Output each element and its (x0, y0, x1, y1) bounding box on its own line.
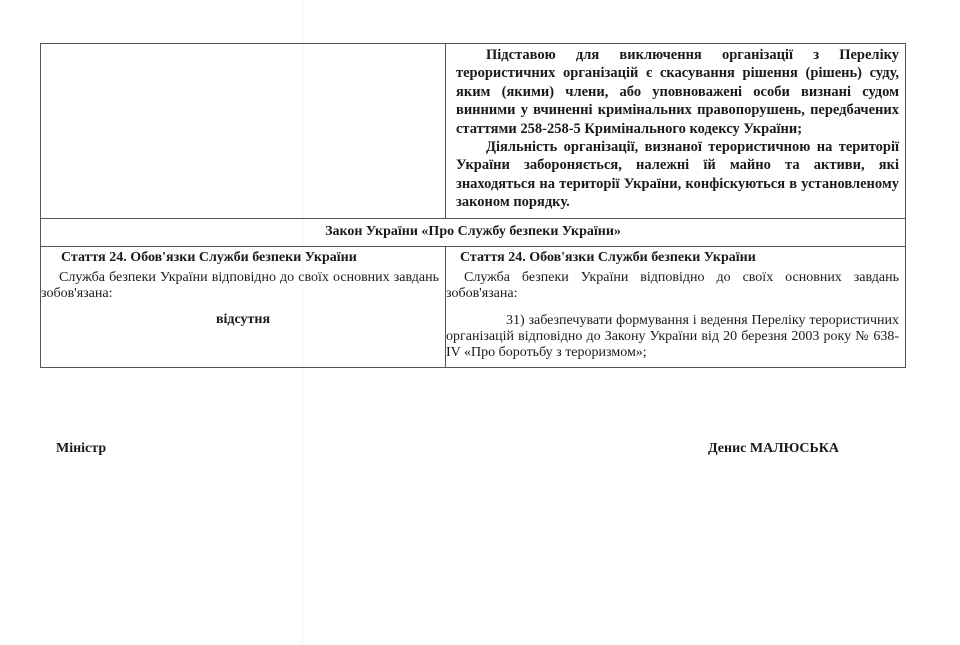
row2-left-cell: Стаття 24. Обов'язки Служби безпеки Укра… (41, 247, 446, 367)
row1-left-cell (41, 44, 446, 218)
article-intro-wrap: Служба безпеки України відповідно до сво… (41, 268, 445, 303)
row2-right-cell: Стаття 24. Обов'язки Служби безпеки Укра… (446, 247, 905, 367)
table-row: Стаття 24. Обов'язки Служби безпеки Укра… (41, 246, 905, 367)
paragraph-exclusion-basis: Підставою для виключення організації з П… (456, 46, 899, 138)
signature-name: Денис МАЛЮСЬКА (708, 441, 839, 457)
article-intro: Служба безпеки України відповідно до сво… (446, 270, 899, 303)
section-header-row: Закон України «Про Службу безпеки Україн… (41, 218, 905, 246)
section-header: Закон України «Про Службу безпеки Україн… (41, 219, 905, 246)
table-row: Підставою для виключення організації з П… (41, 44, 905, 218)
article-intro-wrap: Служба безпеки України відповідно до сво… (446, 268, 905, 303)
absent-label: відсутня (41, 303, 445, 356)
paragraph-activity-prohibition: Діяльність організації, визнаної терорис… (456, 138, 899, 212)
signature-position: Міністр (56, 441, 106, 457)
article-item-31: 31) забезпечувати формування і ведення П… (446, 313, 905, 367)
article-intro: Служба безпеки України відповідно до сво… (41, 270, 439, 303)
article-title: Стаття 24. Обов'язки Служби безпеки Укра… (41, 247, 445, 268)
row1-right-cell: Підставою для виключення організації з П… (446, 44, 905, 218)
comparison-table: Підставою для виключення організації з П… (40, 43, 906, 368)
article-title: Стаття 24. Обов'язки Служби безпеки Укра… (446, 247, 905, 268)
